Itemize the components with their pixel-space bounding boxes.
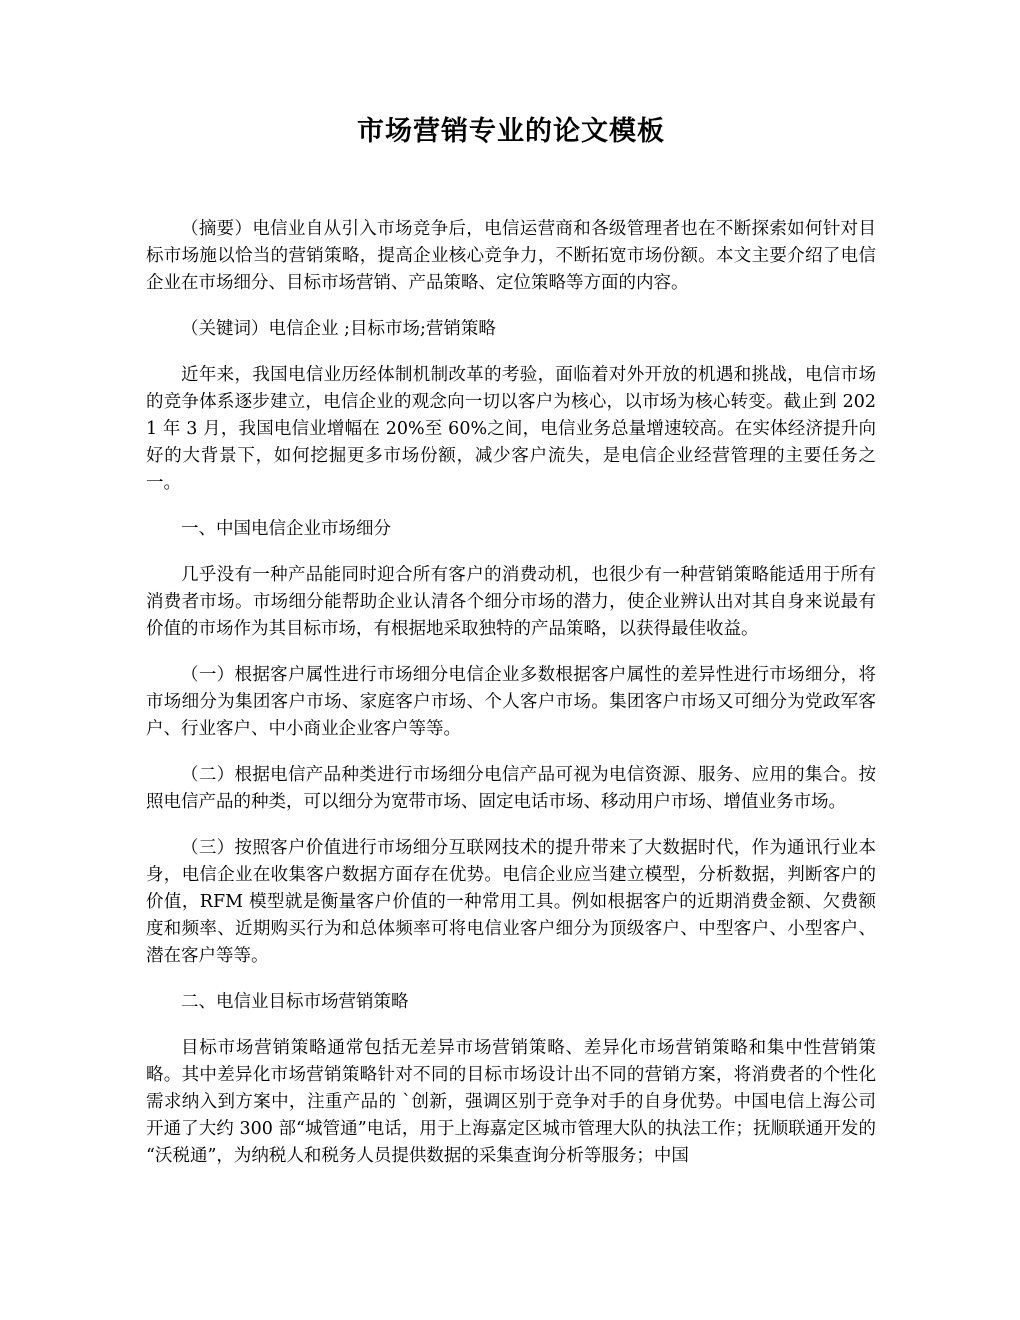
section-1-item-2-paragraph: （二）根据电信产品种类进行市场细分电信产品可视为电信资源、服务、应用的集合。按照… xyxy=(146,762,876,816)
section-1-intro-paragraph: 几乎没有一种产品能同时迎合所有客户的消费动机，也很少有一种营销策略能适用于所有消… xyxy=(146,562,876,643)
section-1-heading: 一、中国电信企业市场细分 xyxy=(146,516,876,543)
section-1-item-1-paragraph: （一）根据客户属性进行市场细分电信企业多数根据客户属性的差异性进行市场细分，将市… xyxy=(146,662,876,743)
document-title: 市场营销专业的论文模板 xyxy=(146,112,876,152)
document-page: 市场营销专业的论文模板 （摘要）电信业自从引入市场竞争后，电信运营商和各级管理者… xyxy=(0,0,1020,1320)
introduction-paragraph: 近年来，我国电信业历经体制机制改革的考验，面临着对外开放的机遇和挑战，电信市场的… xyxy=(146,362,876,497)
section-2-intro-paragraph: 目标市场营销策略通常包括无差异市场营销策略、差异化市场营销策略和集中性营销策略。… xyxy=(146,1035,876,1170)
section-1-item-3-paragraph: （三）按照客户价值进行市场细分互联网技术的提升带来了大数据时代，作为通讯行业本身… xyxy=(146,835,876,970)
keywords-line: （关键词）电信企业 ;目标市场;营销策略 xyxy=(146,316,876,343)
section-2-heading: 二、电信业目标市场营销策略 xyxy=(146,989,876,1016)
abstract-paragraph: （摘要）电信业自从引入市场竞争后，电信运营商和各级管理者也在不断探索如何针对目标… xyxy=(146,216,876,297)
